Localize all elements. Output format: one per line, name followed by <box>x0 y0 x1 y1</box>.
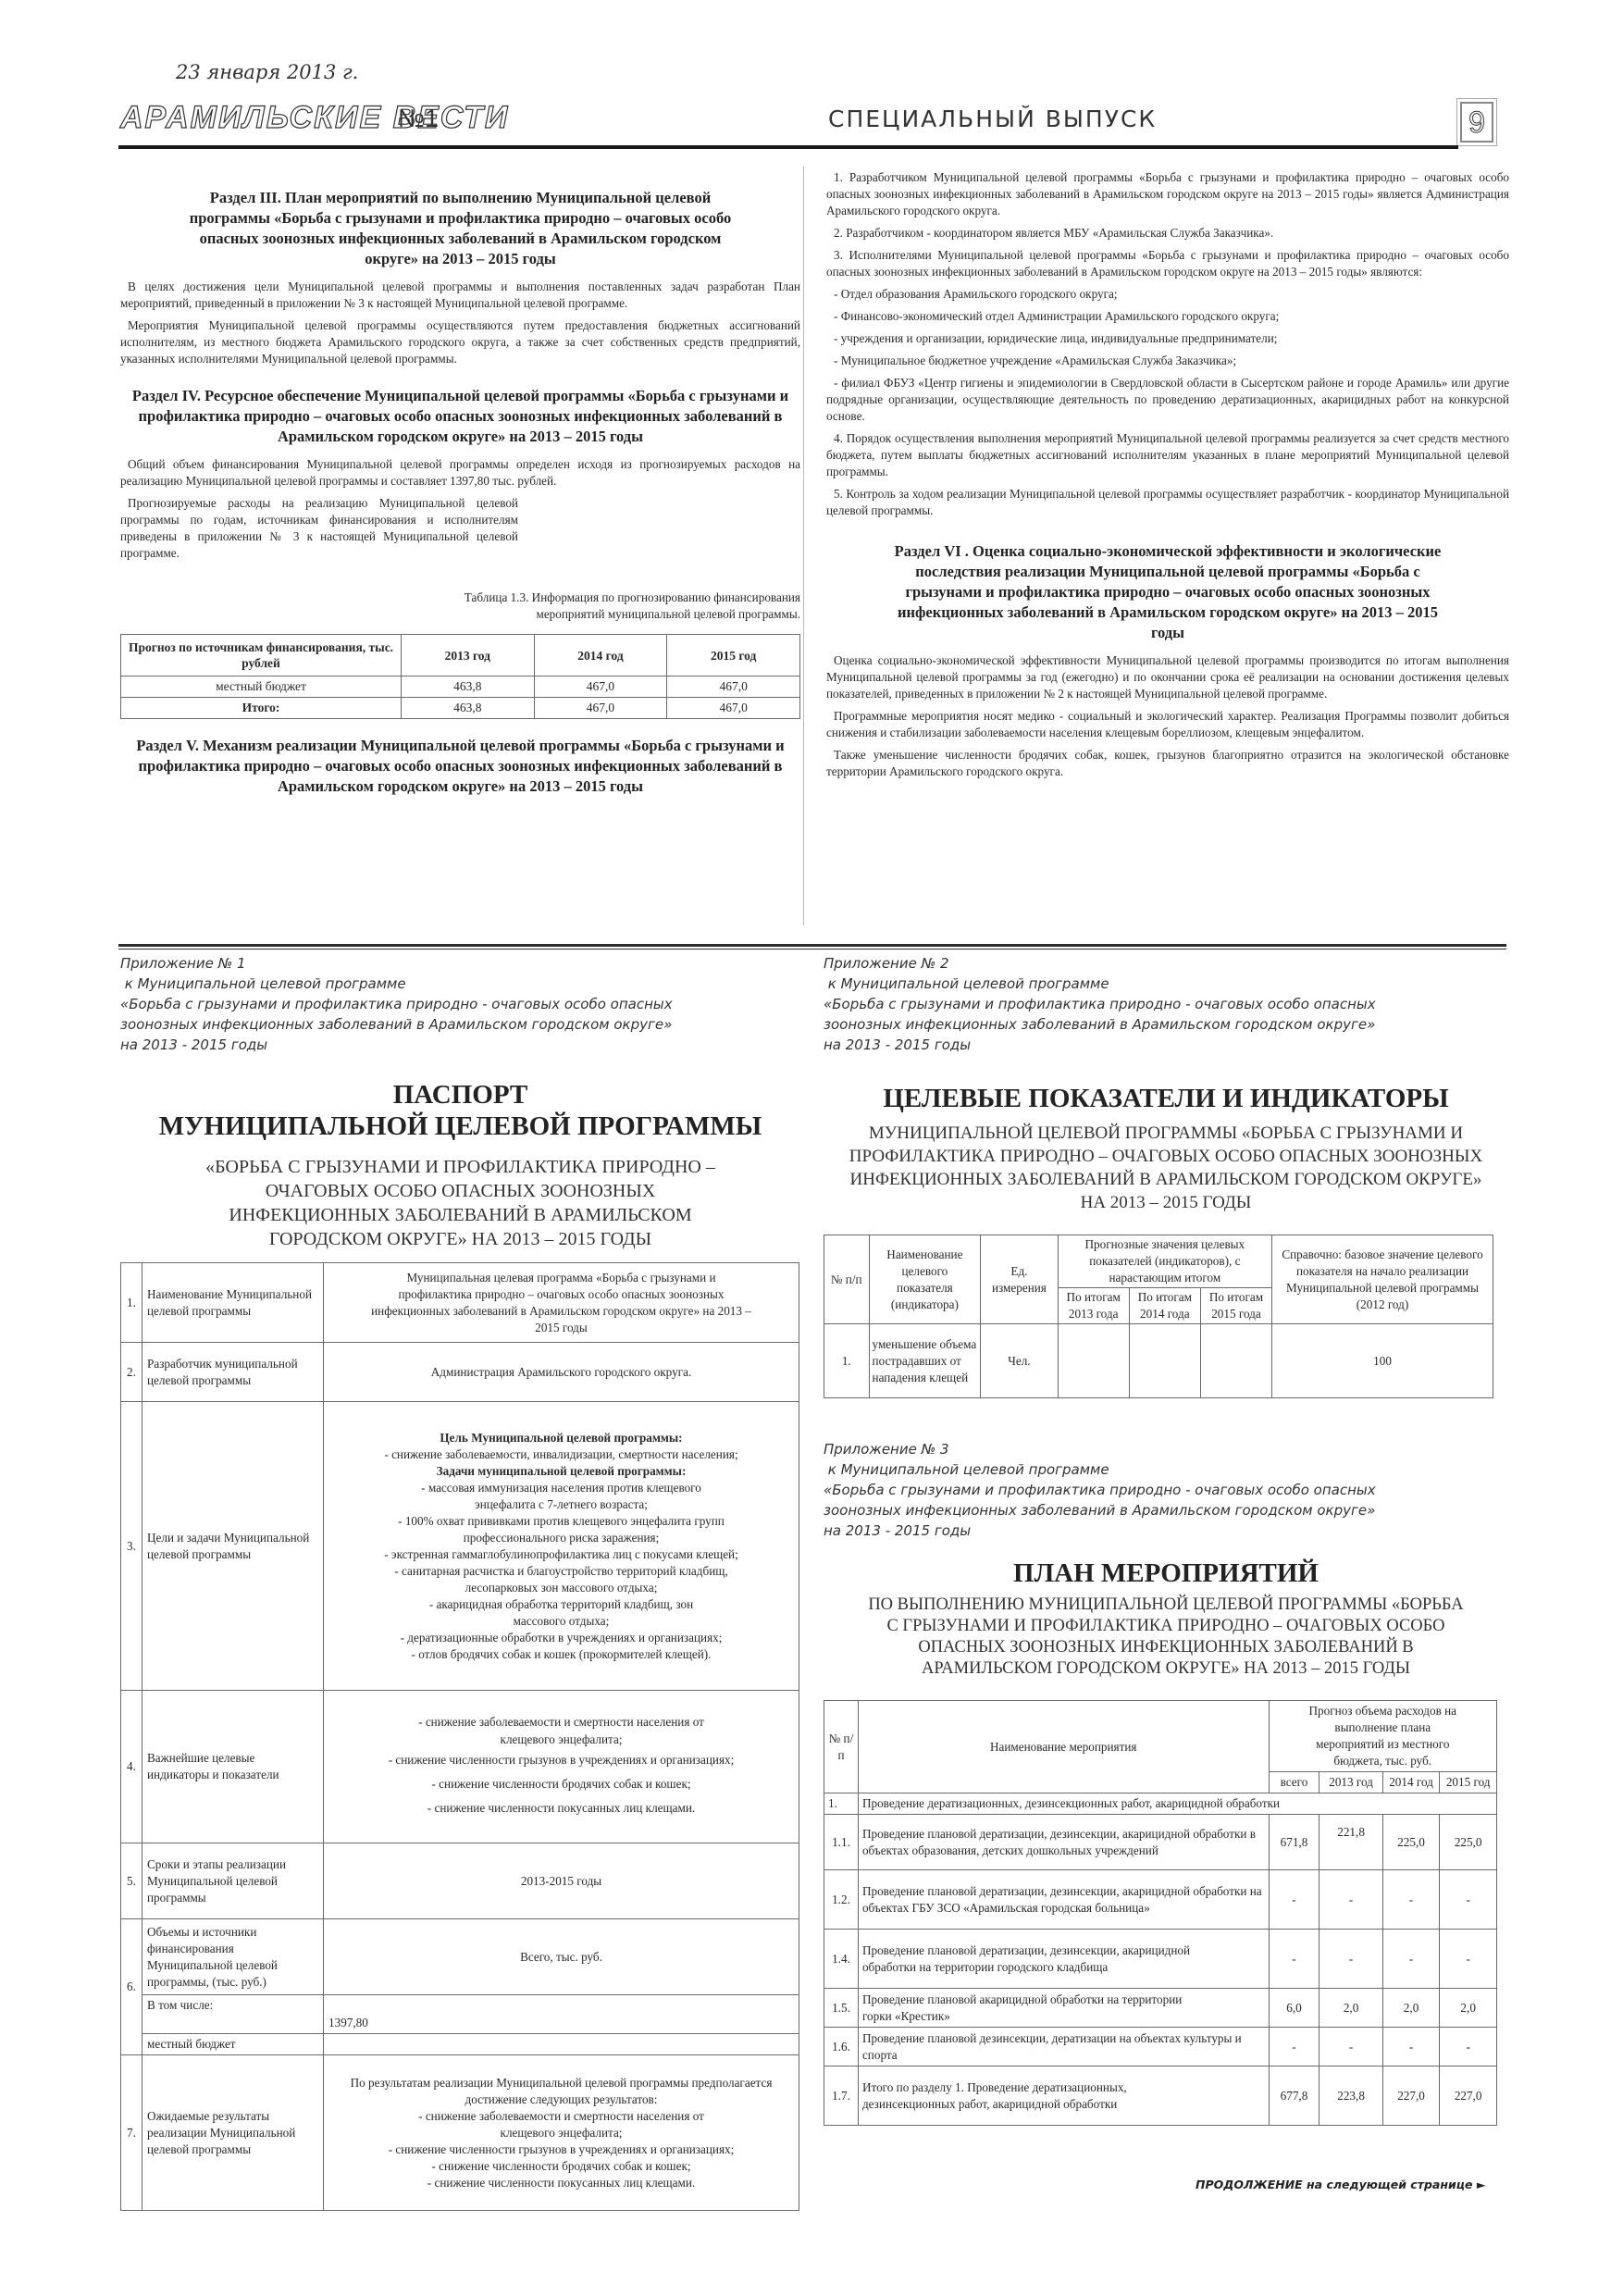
section-6-paragraph: Также уменьшение численности бродячих со… <box>826 747 1509 780</box>
cell: 227,0 <box>1440 2066 1497 2126</box>
cell: 100 <box>1272 1324 1493 1398</box>
cell: 225,0 <box>1382 1815 1440 1870</box>
column-header: По итогам 2015 года <box>1200 1288 1271 1324</box>
cell: 463,8 <box>402 676 535 698</box>
table-row: 1.4. Проведение плановой дератизации, де… <box>824 1930 1497 1989</box>
issue-date: 23 января 2013 г. <box>176 61 358 83</box>
row-label: местный бюджет <box>142 2034 324 2055</box>
column-header: Наименование целевого показателя (индика… <box>869 1235 981 1324</box>
cell: - <box>1269 2028 1319 2066</box>
table-row: 3. Цели и задачи Муниципальной целевой п… <box>121 1402 799 1691</box>
cell: 1. <box>824 1793 859 1815</box>
cell: 6,0 <box>1269 1989 1319 2028</box>
cell: 1.4. <box>824 1930 859 1989</box>
row-number: 2. <box>121 1343 142 1402</box>
list-item: 1. Разработчиком Муниципальной целевой п… <box>826 169 1509 219</box>
section-divider <box>118 949 1506 949</box>
section-5-heading: Раздел V. Механизм реализации Муниципаль… <box>120 736 800 797</box>
table-row: 1.6. Проведение плановой дезинсекции, де… <box>824 2028 1497 2066</box>
cell: 2,0 <box>1319 1989 1382 2028</box>
cell: - <box>1382 2028 1440 2066</box>
row-value: - снижение заболеваемости и смертности н… <box>324 1691 799 1843</box>
table-row: местный бюджет 463,8 467,0 467,0 <box>121 676 800 698</box>
row-value: Цель Муниципальной целевой программы: - … <box>324 1402 799 1691</box>
appendix-2: Приложение № 2 к Муниципальной целевой п… <box>824 953 1508 1398</box>
funding-table: Прогноз по источникам финансирования, ты… <box>120 634 800 719</box>
list-item: 5. Контроль за ходом реализации Муниципа… <box>826 486 1509 519</box>
cell: 2,0 <box>1440 1989 1497 2028</box>
cell <box>1058 1324 1129 1398</box>
appendix-note-line: «Борьба с грызунами и профилактика приро… <box>120 994 800 1014</box>
goal-text: - снижение заболеваемости, инвалидизации… <box>328 1446 794 1463</box>
appendix-note-line: на 2013 - 2015 годы <box>824 1520 1508 1541</box>
appendix-note: Приложение № 3 к Муниципальной целевой п… <box>824 1439 1508 1541</box>
appendix-note-line: к Муниципальной целевой программе <box>120 974 800 994</box>
list-item: 3. Исполнителями Муниципальной целевой п… <box>826 247 1509 280</box>
task-item: - акарицидная обработка территорий кладб… <box>328 1596 794 1630</box>
cell: - <box>1382 1870 1440 1930</box>
table-caption: Таблица 1.3. Информация по прогнозирован… <box>120 590 800 606</box>
cell: - <box>1319 2028 1382 2066</box>
table-caption: мероприятий муниципальной целевой програ… <box>120 606 800 623</box>
cell: - <box>1440 1930 1497 1989</box>
row-label: Наименование Муниципальной целевой прогр… <box>142 1263 324 1343</box>
table-row: 2. Разработчик муниципальной целевой про… <box>121 1343 799 1402</box>
result-item: - снижение численности грызунов в учрежд… <box>328 2141 794 2158</box>
passport-table: 1. Наименование Муниципальной целевой пр… <box>120 1262 799 2211</box>
row-value: 2013-2015 годы <box>324 1843 799 1919</box>
indicator-item: - снижение численности грызунов в учрежд… <box>328 1748 794 1772</box>
cell: 1.7. <box>824 2066 859 2126</box>
list-item: 4. Порядок осуществления выполнения меро… <box>826 430 1509 480</box>
appendix-note-line: зоонозных инфекционных заболеваний в Ара… <box>824 1500 1508 1520</box>
list-item: - учреждения и организации, юридические … <box>826 330 1509 347</box>
cell: 225,0 <box>1440 1815 1497 1870</box>
cell: 671,8 <box>1269 1815 1319 1870</box>
cell: 467,0 <box>667 698 800 719</box>
indicators-subtitle: МУНИЦИПАЛЬНОЙ ЦЕЛЕВОЙ ПРОГРАММЫ «БОРЬБА … <box>842 1122 1490 1214</box>
result-item: - снижение численности покусанных лиц кл… <box>328 2175 794 2191</box>
appendix-label: Приложение № 1 <box>120 953 800 974</box>
row-label: Важнейшие целевые индикаторы и показател… <box>142 1691 324 1843</box>
cell: - <box>1319 1870 1382 1930</box>
table-row: 7. Ожидаемые результаты реализации Муниц… <box>121 2055 799 2211</box>
column-header: По итогам 2013 года <box>1058 1288 1129 1324</box>
column-header: Ед. измерения <box>981 1235 1058 1324</box>
cell: - <box>1269 1870 1319 1930</box>
table-row: 1.2. Проведение плановой дератизации, де… <box>824 1870 1497 1930</box>
column-header: 2014 год <box>1382 1772 1440 1793</box>
column-header: Справочно: базовое значение целевого пок… <box>1272 1235 1493 1324</box>
left-top-column: Раздел III. План мероприятий по выполнен… <box>120 188 800 806</box>
cell: Проведение дератизационных, дезинсекцион… <box>858 1793 1496 1815</box>
cell: 1.1. <box>824 1815 859 1870</box>
cell: - <box>1440 2028 1497 2066</box>
row-number: 3. <box>121 1402 142 1691</box>
task-item: - массовая иммунизация населения против … <box>328 1480 794 1513</box>
appendix-label: Приложение № 2 <box>824 953 1508 974</box>
row-label: Сроки и этапы реализации Муниципальной ц… <box>142 1843 324 1919</box>
list-item: - Финансово-экономический отдел Админист… <box>826 308 1509 325</box>
appendix-note: Приложение № 2 к Муниципальной целевой п… <box>824 953 1508 1055</box>
table-row: 4. Важнейшие целевые индикаторы и показа… <box>121 1691 799 1843</box>
section-4-paragraph: Общий объем финансирования Муниципальной… <box>120 456 800 490</box>
goal-title: Цель Муниципальной целевой программы: <box>328 1430 794 1446</box>
task-item: - 100% охват прививками против клещевого… <box>328 1513 794 1546</box>
appendix-note-line: «Борьба с грызунами и профилактика приро… <box>824 994 1508 1014</box>
cell: 467,0 <box>534 698 667 719</box>
column-header: 2013 год <box>402 635 535 676</box>
cell: Проведение плановой дератизации, дезинсе… <box>858 1930 1269 1989</box>
cell: 227,0 <box>1382 2066 1440 2126</box>
appendix-note-line: к Муниципальной целевой программе <box>824 1459 1508 1480</box>
cell: уменьшение объема пострадавших от нападе… <box>869 1324 981 1398</box>
section-4-paragraph: Прогнозируемые расходы на реализацию Мун… <box>120 495 518 562</box>
table-row: 1.1. Проведение плановой дератизации, де… <box>824 1815 1497 1870</box>
passport-title: ПАСПОРТ <box>120 1079 800 1111</box>
cell <box>1129 1324 1200 1398</box>
header-rule <box>118 145 1458 149</box>
appendix-note-line: на 2013 - 2015 годы <box>824 1035 1508 1055</box>
cell: 2,0 <box>1382 1989 1440 2028</box>
column-header: 2014 год <box>534 635 667 676</box>
cell: 1. <box>824 1324 870 1398</box>
section-title: СПЕЦИАЛЬНЫЙ ВЫПУСК <box>828 105 1157 132</box>
cell: Проведение плановой дератизации, дезинсе… <box>858 1870 1269 1930</box>
indicators-table: № п/п Наименование целевого показателя (… <box>824 1235 1493 1398</box>
indicator-item: - снижение заболеваемости и смертности н… <box>328 1713 794 1748</box>
table-row: Итого: 463,8 467,0 467,0 <box>121 698 800 719</box>
cell <box>1200 1324 1271 1398</box>
plan-table: № п/п Наименование мероприятия Прогноз о… <box>824 1700 1497 2126</box>
passport-title: МУНИЦИПАЛЬНОЙ ЦЕЛЕВОЙ ПРОГРАММЫ <box>120 1111 800 1142</box>
list-item: - Отдел образования Арамильского городск… <box>826 286 1509 303</box>
table-row: 5. Сроки и этапы реализации Муниципально… <box>121 1843 799 1919</box>
cell: местный бюджет <box>121 676 402 698</box>
column-header: По итогам 2014 года <box>1129 1288 1200 1324</box>
row-value: Муниципальная целевая программа «Борьба … <box>324 1263 799 1343</box>
cell: 223,8 <box>1319 2066 1382 2126</box>
result-item: - снижение заболеваемости и смертности н… <box>328 2108 794 2141</box>
appendix-3: Приложение № 3 к Муниципальной целевой п… <box>824 1439 1508 2126</box>
task-item: - отлов бродячих собак и кошек (прокорми… <box>328 1646 794 1663</box>
section-3-heading: Раздел III. План мероприятий по выполнен… <box>120 188 800 269</box>
table-row: 1.5. Проведение плановой акарицидной обр… <box>824 1989 1497 2028</box>
table-row: В том числе: 1397,80 <box>121 1995 799 2034</box>
table-row: 1. Проведение дератизационных, дезинсекц… <box>824 1793 1497 1815</box>
appendix-note-line: «Борьба с грызунами и профилактика приро… <box>824 1480 1508 1500</box>
tasks-title: Задачи муниципальной целевой программы: <box>328 1463 794 1480</box>
cell: 463,8 <box>402 698 535 719</box>
cell: Проведение плановой дезинсекции, дератиз… <box>858 2028 1269 2066</box>
row-value: По результатам реализации Муниципальной … <box>324 2055 799 2211</box>
list-item: - Муниципальное бюджетное учреждение «Ар… <box>826 353 1509 369</box>
appendix-note-line: к Муниципальной целевой программе <box>824 974 1508 994</box>
row-label: В том числе: <box>142 1995 324 2034</box>
section-6-heading: Раздел VI . Оценка социально-экономическ… <box>826 541 1509 643</box>
cell: 467,0 <box>534 676 667 698</box>
cell: 677,8 <box>1269 2066 1319 2126</box>
cell: - <box>1382 1930 1440 1989</box>
page-number: 9 <box>1460 102 1493 143</box>
row-label: Объемы и источники финансирования Муници… <box>142 1919 324 1995</box>
table-row: 1. Наименование Муниципальной целевой пр… <box>121 1263 799 1343</box>
column-header: 2015 год <box>667 635 800 676</box>
cell: Чел. <box>981 1324 1058 1398</box>
plan-subtitle: ПО ВЫПОЛНЕНИЮ МУНИЦИПАЛЬНОЙ ЦЕЛЕВОЙ ПРОГ… <box>861 1595 1471 1680</box>
task-item: - дератизационные обработки в учреждения… <box>328 1630 794 1646</box>
table-row: 6. Объемы и источники финансирования Мун… <box>121 1919 799 1995</box>
table-row: 1.7. Итого по разделу 1. Проведение дера… <box>824 2066 1497 2126</box>
column-header: Прогнозные значения целевых показателей … <box>1058 1235 1271 1288</box>
appendix-note-line: на 2013 - 2015 годы <box>120 1035 800 1055</box>
row-label: Цели и задачи Муниципальной целевой прог… <box>142 1402 324 1691</box>
row-label: Разработчик муниципальной целевой програ… <box>142 1343 324 1402</box>
cell: Итого по разделу 1. Проведение дератизац… <box>858 2066 1269 2126</box>
section-divider <box>118 944 1506 947</box>
passport-subtitle: «БОРЬБА С ГРЫЗУНАМИ И ПРОФИЛАКТИКА ПРИРО… <box>194 1155 726 1251</box>
cell: - <box>1269 1930 1319 1989</box>
row-label: Ожидаемые результаты реализации Муниципа… <box>142 2055 324 2211</box>
appendix-label: Приложение № 3 <box>824 1439 1508 1459</box>
indicator-item: - снижение численности бродячих собак и … <box>328 1772 794 1796</box>
row-number: 7. <box>121 2055 142 2211</box>
task-item: - экстренная гаммаглобулинопрофилактика … <box>328 1546 794 1563</box>
cell: Проведение плановой акарицидной обработк… <box>858 1989 1269 2028</box>
section-6-paragraph: Оценка социально-экономической эффективн… <box>826 652 1509 702</box>
row-value: Всего, тыс. руб. <box>324 1919 799 1995</box>
column-header: № п/п <box>824 1235 870 1324</box>
row-value: Администрация Арамильского городского ок… <box>324 1343 799 1402</box>
cell: Итого: <box>121 698 402 719</box>
appendix-note: Приложение № 1 к Муниципальной целевой п… <box>120 953 800 1055</box>
column-divider <box>803 167 804 925</box>
section-4-heading: Раздел IV. Ресурсное обеспечение Муницип… <box>120 386 800 447</box>
right-top-column: 1. Разработчиком Муниципальной целевой п… <box>826 169 1509 786</box>
column-header: Прогноз объема расходов на выполнение пл… <box>1269 1701 1496 1772</box>
table-row: 1. уменьшение объема пострадавших от нап… <box>824 1324 1493 1398</box>
result-item: - снижение численности бродячих собак и … <box>328 2158 794 2175</box>
continued-next-page-link[interactable]: ПРОДОЛЖЕНИЕ на следующей странице ► <box>1196 2178 1485 2191</box>
list-item: - филиал ФБУЗ «Центр гигиены и эпидемиол… <box>826 375 1509 425</box>
results-intro: По результатам реализации Муниципальной … <box>328 2075 794 2108</box>
row-number: 4. <box>121 1691 142 1843</box>
newspaper-logo: АРАМИЛЬСКИЕ ВЕСТИ <box>120 100 509 136</box>
indicator-item: - снижение численности покусанных лиц кл… <box>328 1796 794 1820</box>
cell: - <box>1440 1870 1497 1930</box>
row-value <box>324 2034 799 2055</box>
column-header: всего <box>1269 1772 1319 1793</box>
cell: 1.5. <box>824 1989 859 2028</box>
row-number: 6. <box>121 1919 142 2055</box>
cell: 1.2. <box>824 1870 859 1930</box>
column-header: Наименование мероприятия <box>858 1701 1269 1793</box>
cell: 467,0 <box>667 676 800 698</box>
cell: 221,8 <box>1319 1815 1382 1870</box>
section-3-paragraph: В целях достижения цели Муниципальной це… <box>120 279 800 312</box>
appendix-note-line: зоонозных инфекционных заболеваний в Ара… <box>824 1014 1508 1035</box>
section-3-paragraph: Мероприятия Муниципальной целевой програ… <box>120 317 800 367</box>
table-row: местный бюджет <box>121 2034 799 2055</box>
section-6-paragraph: Программные мероприятия носят медико - с… <box>826 708 1509 741</box>
appendix-note-line: зоонозных инфекционных заболеваний в Ара… <box>120 1014 800 1035</box>
row-number: 1. <box>121 1263 142 1343</box>
issue-number: №1 <box>398 105 439 133</box>
column-header: Прогноз по источникам финансирования, ты… <box>121 635 402 676</box>
plan-title: ПЛАН МЕРОПРИЯТИЙ <box>824 1558 1508 1589</box>
task-item: - санитарная расчистка и благоустройство… <box>328 1563 794 1596</box>
cell: 1.6. <box>824 2028 859 2066</box>
column-header: 2013 год <box>1319 1772 1382 1793</box>
row-number: 5. <box>121 1843 142 1919</box>
appendix-1: Приложение № 1 к Муниципальной целевой п… <box>120 953 800 2211</box>
cell: - <box>1319 1930 1382 1989</box>
column-header: № п/п <box>824 1701 859 1793</box>
indicators-title: ЦЕЛЕВЫЕ ПОКАЗАТЕЛИ И ИНДИКАТОРЫ <box>824 1083 1508 1114</box>
cell: Проведение плановой дератизации, дезинсе… <box>858 1815 1269 1870</box>
row-value: 1397,80 <box>324 1995 799 2034</box>
list-item: 2. Разработчиком - координатором являетс… <box>826 225 1509 242</box>
column-header: 2015 год <box>1440 1772 1497 1793</box>
